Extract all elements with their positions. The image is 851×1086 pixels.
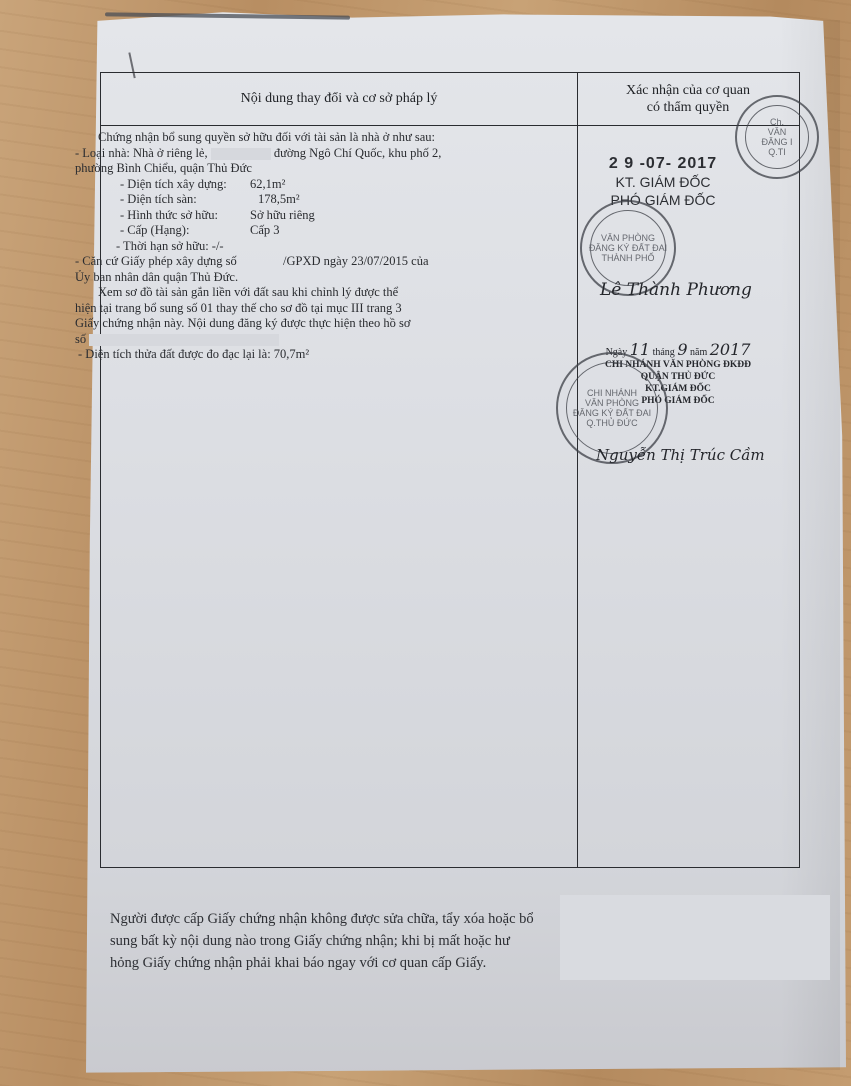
diagram-note-1: Xem sơ đồ tài sản gắn liền với đất sau k… [72,285,472,301]
ownership-term: - Thời hạn sở hữu: -/- [72,239,472,255]
redacted-permit-number [240,256,280,268]
title-acting-director: KT. GIÁM ĐỐC [588,173,738,191]
diagram-note-3: Giấy chứng nhận này. Nội dung đăng ký đư… [72,316,472,332]
field-ownership-form: - Hình thức sở hữu: Sở hữu riêng [72,208,472,224]
confirmation-date-stamp: 2 9 -07- 2017 [588,155,738,173]
edge-seal-stamp: Ch. VĂN ĐĂNG I Q.TI [735,95,819,179]
footer-warning-note: Người được cấp Giấy chứng nhận không đượ… [110,908,550,974]
field-construction-area: - Diện tích xây dựng: 62,1m² [72,177,472,193]
change-content: Chứng nhận bổ sung quyền sở hữu đối với … [72,130,472,363]
field-grade: - Cấp (Hạng): Cấp 3 [72,223,472,239]
redacted-footer-area [560,895,830,980]
header-changes-legal-basis: Nội dung thay đổi và cơ sở pháp lý [101,73,577,125]
land-area-remeasured: - Diện tích thửa đất được đo đạc lại là:… [72,347,472,363]
confirmation-block-1: 2 9 -07- 2017 KT. GIÁM ĐỐC PHÓ GIÁM ĐỐC [588,155,738,209]
permit-issuer: Ủy ban nhân dân quận Thủ Đức. [72,270,472,286]
intro-text: Chứng nhận bổ sung quyền sở hữu đối với … [72,130,472,146]
signer-name-1: Lê Thành Phương [600,280,752,300]
diagram-note-4: số [72,332,472,348]
field-floor-area: - Diện tích sàn: 178,5m² [72,192,472,208]
permit-line: - Căn cứ Giấy phép xây dựng số /GPXD ngà… [72,254,472,270]
diagram-note-2: hiện tại trang bổ sung số 01 thay thế ch… [72,301,472,317]
signer-name-2: Nguyễn Thị Trúc Cầm [596,446,765,464]
redacted-house-number [211,148,271,160]
house-type: - Loại nhà: Nhà ở riêng lẻ, đường Ngô Ch… [72,146,472,162]
address-line: phường Bình Chiểu, quận Thủ Đức [72,161,472,177]
column-divider [577,73,578,867]
redacted-file-number [89,334,279,346]
table-header-row: Nội dung thay đổi và cơ sở pháp lý Xác n… [101,73,799,126]
